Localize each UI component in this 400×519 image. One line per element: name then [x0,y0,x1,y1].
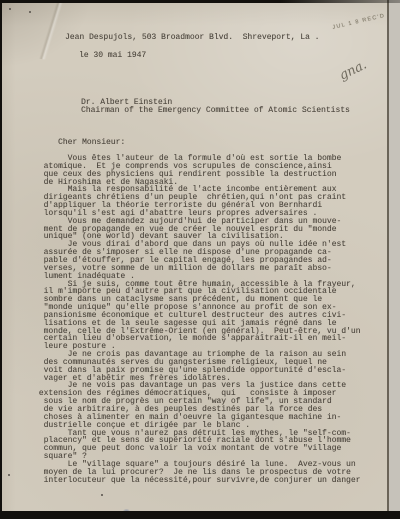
salutation: Cher Monsieur: [58,138,125,147]
ink-speck [9,8,11,10]
scan-edge-bottom [0,511,400,519]
scanned-letter: JUL 1 8 REC'D gna. Jean Despujols, 503 B… [0,0,400,519]
letter-body: Vous êtes l'auteur de la formule d'où es… [34,155,360,484]
scan-edge-right [389,0,400,519]
ink-speck [29,11,31,13]
paper-edge-line [387,0,389,519]
scan-edge-top [0,0,400,3]
ink-speck [8,474,10,476]
date-line: le 30 mai 1947 [79,51,146,60]
ink-speck [101,494,103,496]
scan-edge-left [0,0,2,519]
recipient-block: Dr. Albert Einstein Chairman of the Emer… [81,99,350,115]
sender-address-line: Jean Despujols, 503 Broadmoor Blvd. Shre… [65,33,319,42]
